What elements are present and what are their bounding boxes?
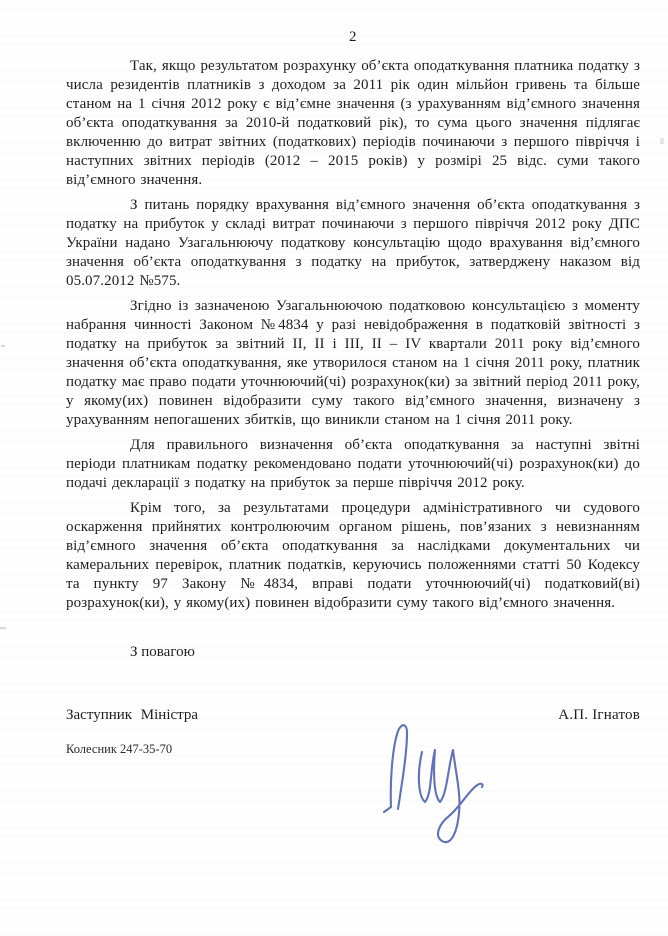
body-paragraph: Так, якщо результатом розрахунку об’єкта… bbox=[66, 57, 640, 190]
signatory-row: Заступник Міністра А.П. Ігнатов bbox=[66, 706, 640, 725]
body-paragraph: З питань порядку врахування від’ємного з… bbox=[66, 196, 640, 291]
scanned-letter-page: 2 Так, якщо результатом розрахунку об’єк… bbox=[0, 0, 668, 936]
signatory-name: А.П. Ігнатов bbox=[558, 706, 640, 725]
page-content: 2 Так, якщо результатом розрахунку об’єк… bbox=[66, 28, 640, 757]
body-paragraph: Згідно із зазначеною Узагальнюючою подат… bbox=[66, 297, 640, 430]
letter-body: Так, якщо результатом розрахунку об’єкта… bbox=[66, 57, 640, 613]
body-paragraph: Крім того, за результатами процедури адм… bbox=[66, 499, 640, 613]
scan-speck bbox=[0, 627, 6, 629]
closing-salutation: З повагою bbox=[66, 643, 640, 662]
page-number: 2 bbox=[66, 28, 640, 47]
scan-speck bbox=[660, 138, 664, 144]
signatory-title: Заступник Міністра bbox=[66, 706, 198, 725]
body-paragraph: Для правильного визначення об’єкта опода… bbox=[66, 436, 640, 493]
scan-speck bbox=[1, 345, 5, 347]
executor-reference: Колесник 247-35-70 bbox=[66, 741, 640, 757]
